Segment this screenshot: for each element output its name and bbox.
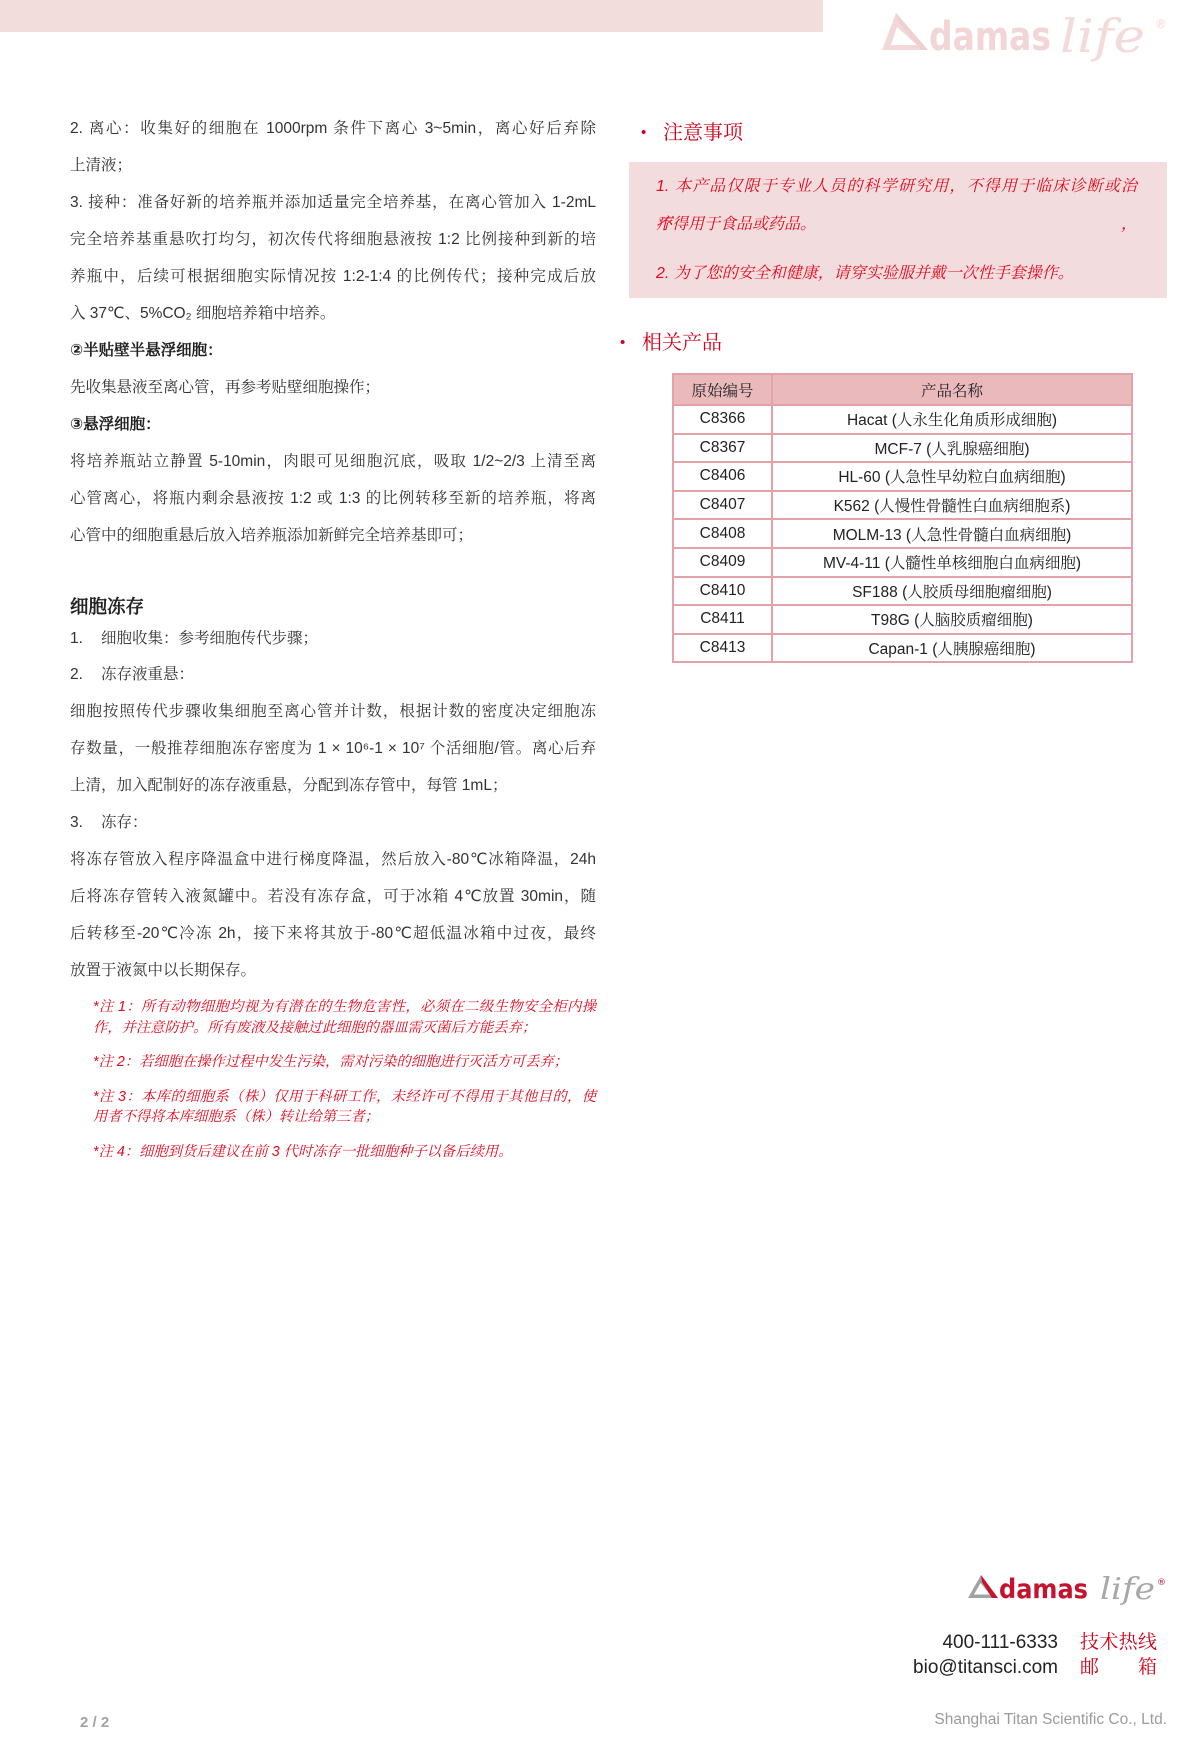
note-1: *注 1：所有动物细胞均视为有潜在的生物危害性，必须在二级生物安全柜内操 作，并… (93, 997, 596, 1038)
hotline-number: 400-111-6333 (820, 1631, 1058, 1655)
note-2: *注 2：若细胞在操作过程中发生污染，需对污染的细胞进行灭活方可丢弃； (93, 1052, 596, 1073)
header-band (0, 0, 823, 32)
product-name: MOLM-13 (人急性骨髓白血病细胞) (772, 519, 1132, 548)
step-label: 冻存： (101, 814, 148, 831)
product-name: MV-4-11 (人髓性单核细胞白血病细胞) (772, 548, 1132, 577)
related-products-title: 相关产品 (642, 329, 722, 357)
note-line: *注 1：所有动物细胞均视为有潜在的生物危害性，必须在二级生物安全柜内操 (93, 997, 596, 1018)
step-label: 冻存液重悬： (101, 666, 194, 683)
logo-word-damas: damas (999, 1574, 1088, 1605)
table-row: C8366Hacat (人永生化角质形成细胞) (673, 405, 1132, 434)
bullet-icon: • (641, 119, 663, 147)
product-code: C8366 (673, 405, 772, 434)
column-header-code: 原始编号 (673, 374, 772, 405)
cryo-step-2-line: 存数量，一般推荐细胞冻存密度为 1 × 10⁶-1 × 10⁷ 个活细胞/管。离… (70, 731, 596, 768)
table-row: C8409MV-4-11 (人髓性单核细胞白血病细胞) (673, 548, 1132, 577)
adamas-life-logo-watermark: damas life ® (876, 8, 1176, 80)
step3-line: 入 37℃、5%CO₂ 细胞培养箱中培养。 (70, 295, 596, 332)
table-row: C8411T98G (人脑胶质瘤细胞) (673, 605, 1132, 634)
email-label: 邮 箱 (1080, 1656, 1157, 1680)
semi-adherent-line: 先收集悬液至离心管，再参考贴壁细胞操作； (70, 369, 596, 406)
product-code: C8408 (673, 519, 772, 548)
step-number: 2. (70, 657, 101, 694)
related-products-table: 原始编号 产品名称 C8366Hacat (人永生化角质形成细胞) C8367M… (672, 373, 1133, 663)
precautions-heading: •注意事项 (641, 119, 743, 147)
adamas-life-logo: damas life ® (962, 1571, 1172, 1619)
step2-line: 上清液； (70, 147, 596, 184)
product-code: C8411 (673, 605, 772, 634)
note-line: *注 2：若细胞在操作过程中发生污染，需对污染的细胞进行灭活方可丢弃； (93, 1052, 596, 1073)
logo-word-life: life (1100, 1572, 1155, 1607)
cryo-step-3-line: 后将冻存管转入液氮罐中。若没有冻存盒，可于冰箱 4℃放置 30min，随 (70, 879, 596, 916)
step-number: 1. (70, 621, 101, 658)
cryopreservation-section: 细胞冻存 1.细胞收集：参考细胞传代步骤； 2.冻存液重悬： 细胞按照传代步骤收… (70, 592, 596, 989)
cryo-step-3-line: 将冻存管放入程序降温盒中进行梯度降温，然后放入-80℃冰箱降温，24h (70, 842, 596, 879)
product-name: Capan-1 (人胰腺癌细胞) (772, 634, 1132, 663)
suspension-line: 心管中的细胞重悬后放入培养瓶添加新鲜完全培养基即可； (70, 517, 596, 554)
table-row: C8406HL-60 (人急性早幼粒白血病细胞) (673, 462, 1132, 491)
cryo-step-1: 1.细胞收集：参考细胞传代步骤； (70, 621, 596, 658)
product-name: MCF-7 (人乳腺癌细胞) (772, 434, 1132, 463)
table-row: C8413Capan-1 (人胰腺癌细胞) (673, 634, 1132, 663)
product-code: C8409 (673, 548, 772, 577)
logo-word-damas: damas (929, 14, 1051, 60)
precaution-line: 2. 为了您的安全和健康，请穿实验服并戴一次性手套操作。 (656, 255, 1137, 293)
table-row: C8408MOLM-13 (人急性骨髓白血病细胞) (673, 519, 1132, 548)
table-header-row: 原始编号 产品名称 (673, 374, 1132, 405)
step3-line: 完全培养基重悬吹打均匀，初次传代将细胞悬液按 1:2 比例接种到新的培 (70, 221, 596, 258)
cryo-step-2-line: 上清，加入配制好的冻存液重悬，分配到冻存管中，每管 1mL； (70, 768, 596, 805)
notes-section: *注 1：所有动物细胞均视为有潜在的生物危害性，必须在二级生物安全柜内操 作，并… (93, 997, 596, 1176)
cryo-step-2: 2.冻存液重悬： (70, 657, 596, 694)
page-number: 2 / 2 (80, 1713, 109, 1733)
note-3: *注 3：本库的细胞系（株）仅用于科研工作，未经许可不得用于其他目的，使 用者不… (93, 1087, 596, 1128)
product-code: C8407 (673, 491, 772, 520)
column-header-name: 产品名称 (772, 374, 1132, 405)
step-label: 细胞收集：参考细胞传代步骤； (101, 630, 318, 647)
passage-section: 2. 离心：收集好的细胞在 1000rpm 条件下离心 3~5min，离心好后弃… (70, 110, 596, 554)
registered-mark-icon: ® (1155, 17, 1167, 31)
table-row: C8367MCF-7 (人乳腺癌细胞) (673, 434, 1132, 463)
precaution-item-1: 1. 本产品仅限于专业人员的科学研究用，不得用于临床诊断或治疗， 不得用于食品或… (656, 168, 1137, 244)
email-address: bio@titansci.com (820, 1656, 1058, 1680)
suspension-line: 心管离心，将瓶内剩余悬液按 1:2 或 1:3 的比例转移至新的培养瓶，将离 (70, 480, 596, 517)
product-code: C8410 (673, 577, 772, 606)
precautions-box: 1. 本产品仅限于专业人员的科学研究用，不得用于临床诊断或治疗， 不得用于食品或… (629, 162, 1167, 298)
note-line: *注 3：本库的细胞系（株）仅用于科研工作，未经许可不得用于其他目的，使 (93, 1087, 596, 1108)
cryo-step-2-line: 细胞按照传代步骤收集细胞至离心管并计数，根据计数的密度决定细胞冻 (70, 694, 596, 731)
table-row: C8407K562 (人慢性骨髓性白血病细胞系) (673, 491, 1132, 520)
product-name: HL-60 (人急性早幼粒白血病细胞) (772, 462, 1132, 491)
registered-mark-icon: ® (1157, 1578, 1166, 1588)
suspension-line: 将培养瓶站立静置 5-10min，肉眼可见细胞沉底，吸取 1/2~2/3 上清至… (70, 443, 596, 480)
product-name: SF188 (人胶质母细胞瘤细胞) (772, 577, 1132, 606)
note-line: 用者不得将本库细胞系（株）转让给第三者； (93, 1107, 596, 1128)
note-line: *注 4：细胞到货后建议在前 3 代时冻存一批细胞种子以备后续用。 (93, 1142, 596, 1163)
suspension-heading: ③悬浮细胞： (70, 406, 596, 443)
step-number: 3. (70, 805, 101, 842)
semi-adherent-heading: ②半贴壁半悬浮细胞： (70, 332, 596, 369)
precautions-title: 注意事项 (663, 119, 743, 147)
company-name: Shanghai Titan Scientific Co., Ltd. (880, 1710, 1167, 1730)
product-name: T98G (人脑胶质瘤细胞) (772, 605, 1132, 634)
hotline-label: 技术热线 (1080, 1631, 1157, 1655)
product-code: C8413 (673, 634, 772, 663)
product-code: C8406 (673, 462, 772, 491)
precaution-item-2: 2. 为了您的安全和健康，请穿实验服并戴一次性手套操作。 (656, 255, 1137, 293)
cryopreservation-title: 细胞冻存 (70, 592, 596, 621)
logo-word-life: life (1060, 9, 1145, 63)
precaution-line: 1. 本产品仅限于专业人员的科学研究用，不得用于临床诊断或治疗， (656, 168, 1137, 206)
cryo-step-3-line: 后转移至-20℃冷冻 2h，接下来将其放于-80℃超低温冰箱中过夜，最终 (70, 916, 596, 953)
bullet-icon: • (620, 329, 642, 357)
step3-line: 3. 接种：准备好新的培养瓶并添加适量完全培养基，在离心管加入 1-2mL (70, 184, 596, 221)
step2-line: 2. 离心：收集好的细胞在 1000rpm 条件下离心 3~5min，离心好后弃… (70, 110, 596, 147)
related-products-heading: •相关产品 (620, 329, 722, 357)
product-name: K562 (人慢性骨髓性白血病细胞系) (772, 491, 1132, 520)
step3-line: 养瓶中，后续可根据细胞实际情况按 1:2-1:4 的比例传代；接种完成后放 (70, 258, 596, 295)
table-row: C8410SF188 (人胶质母细胞瘤细胞) (673, 577, 1132, 606)
product-name: Hacat (人永生化角质形成细胞) (772, 405, 1132, 434)
note-4: *注 4：细胞到货后建议在前 3 代时冻存一批细胞种子以备后续用。 (93, 1142, 596, 1163)
note-line: 作，并注意防护。所有废液及接触过此细胞的器皿需灭菌后方能丢弃； (93, 1018, 596, 1039)
product-code: C8367 (673, 434, 772, 463)
cryo-step-3-line: 放置于液氮中以长期保存。 (70, 953, 596, 990)
cryo-step-3: 3.冻存： (70, 805, 596, 842)
